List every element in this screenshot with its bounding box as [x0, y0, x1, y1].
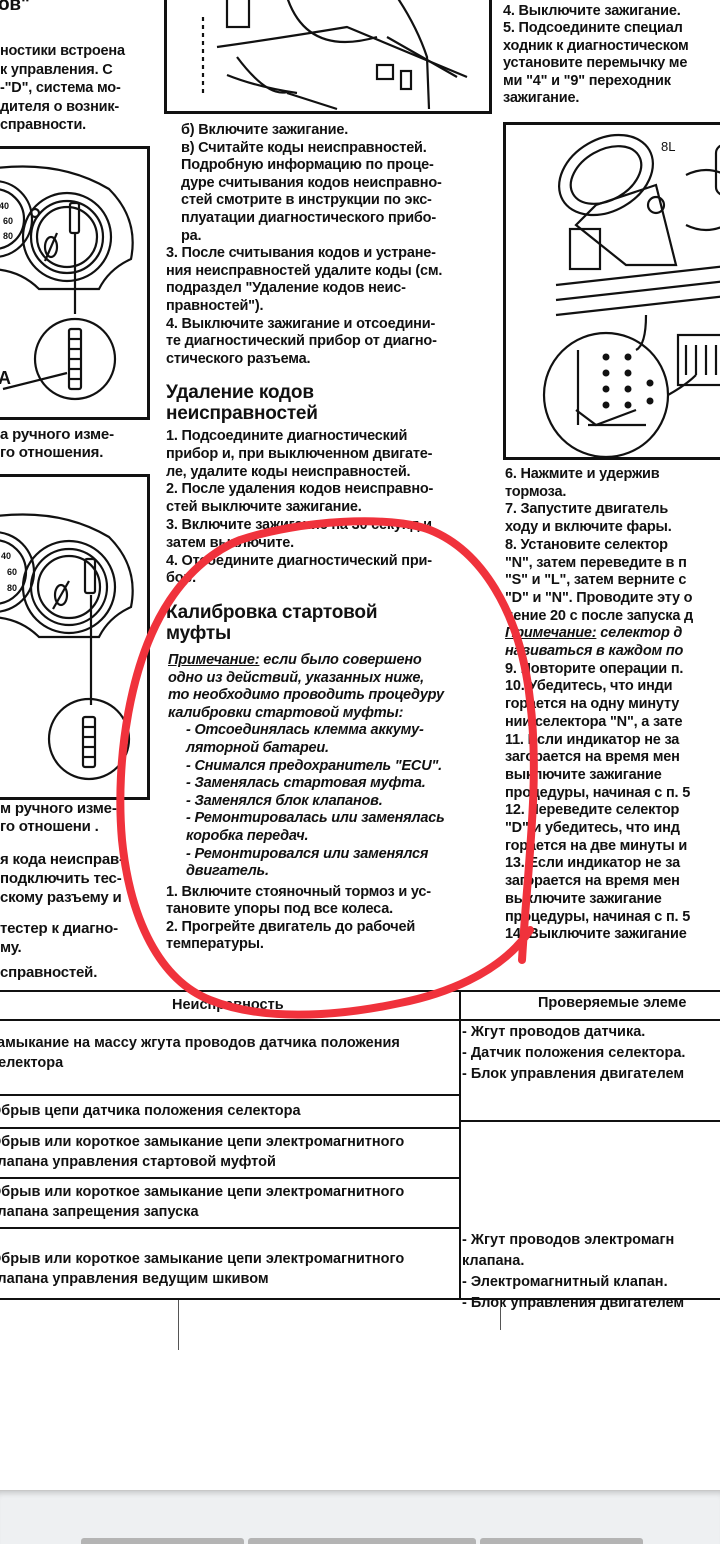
note-line: то необходимо проводить процедуру [168, 687, 444, 705]
bullet-continuation: ляторной батареи. [168, 740, 444, 758]
row-divider [459, 1120, 720, 1122]
text-line: стического разъема. [166, 351, 442, 369]
svg-text:80: 80 [7, 583, 17, 593]
bullet-item: - Ремонтировался или заменялся [168, 846, 444, 864]
note-first-line: Примечание: если было совершено [168, 652, 444, 670]
cell-line: селектора [0, 1053, 400, 1073]
text-line: 8. Установите селектор [505, 537, 693, 555]
text-line: ходу и включите фары. [505, 519, 693, 537]
instrument-cluster-illustration: 406080 [0, 149, 147, 417]
text-line: ния неисправностей удалите коды (см. [166, 263, 442, 281]
text-line: 11. Если индикатор не за [505, 732, 693, 750]
bullet-continuation: коробка передач. [168, 828, 444, 846]
caption-line: го отношения. [0, 444, 114, 462]
note-label: Примечание: [505, 625, 596, 641]
left-top-paragraph: ностики встроена к управления. С -"D", с… [0, 42, 125, 135]
title-line: Удаление кодов [166, 382, 318, 403]
row-divider [0, 1177, 460, 1179]
text-line: загорается на время мен [505, 873, 693, 891]
step-4: 4. Выключите зажигание. [503, 3, 689, 20]
note-line: одно из действий, указанных ниже, [168, 670, 444, 688]
table-row-5-checks: - Жгут проводов электромагн клапана. - Э… [462, 1230, 684, 1314]
title-line: Калибровка стартовой [166, 602, 377, 623]
instrument-cluster-figure-1: 406080 [0, 146, 150, 420]
text-line: дителя о возник- [0, 98, 125, 117]
text-line: горается на одну минуту [505, 696, 693, 714]
right-bottom-steps: 6. Нажмите и удерживтормоза.7. Запустите… [505, 466, 693, 944]
text-line: справности. [0, 116, 125, 135]
erase-codes-steps: 1. Подсоедините диагностический прибор и… [166, 428, 433, 588]
text-line: температуры. [166, 936, 431, 953]
dashboard-connector-figure [164, 0, 492, 114]
caption-line: а ручного изме- [0, 426, 114, 444]
bullet-item: - Заменялся блок клапанов. [168, 793, 444, 811]
cell-line: Обрыв или короткое замыкание цепи электр… [0, 1182, 404, 1202]
calibration-steps: 1. Включите стояночный тормоз и ус- тано… [166, 884, 431, 954]
caption-line: м ручного изме- [0, 800, 117, 818]
table-row-5-fault: Обрыв или короткое замыкание цепи электр… [0, 1249, 404, 1289]
text-line: зажигание. [503, 90, 689, 107]
text-line: ходник к диагностическом [503, 38, 689, 55]
text-line: скому разъему и [0, 888, 124, 907]
nav-segment-center[interactable] [248, 1538, 476, 1544]
table-row-3-fault: Обрыв или короткое замыкание цепи электр… [0, 1132, 404, 1172]
bullet-item: - Отсоединялась клемма аккуму- [168, 722, 444, 740]
check-item: - Блок управления двигателем [462, 1064, 685, 1085]
text-line: процедуры, начиная с п. 5 [505, 785, 693, 803]
table-column-divider [459, 990, 461, 1298]
table-header-checked-items: Проверяемые элеме [538, 993, 686, 1013]
bullet-item: - Снимался предохранитель "ECU". [168, 758, 444, 776]
step-1: 1. Включите стояночный тормоз и ус- [166, 884, 431, 901]
text-line: "D" и убедитесь, что инд [505, 820, 693, 838]
text-line: ми "4" и "9" переходник [503, 73, 689, 90]
text-line: ностики встроена [0, 42, 125, 61]
calibration-note: Примечание: если было совершено одно из … [168, 652, 444, 881]
text-line: плуатации диагностического прибо- [166, 210, 442, 228]
step-2: 2. Прогрейте двигатель до рабочей [166, 919, 431, 936]
text-line: стей смотрите в инструкции по экс- [166, 192, 442, 210]
left-heading-fragment: ов" [0, 0, 30, 15]
text-line: дуре считывания кодов неисправно- [166, 175, 442, 193]
cell-line: замыкание на массу жгута проводов датчик… [0, 1033, 400, 1053]
row-divider [0, 1094, 460, 1096]
text-line: бор. [166, 570, 433, 588]
table-bottom-border [0, 1298, 720, 1300]
text-line: тормоза. [505, 484, 693, 502]
step-5: 5. Подсоедините специал [503, 20, 689, 37]
text-line: прибор и, при выключенном двигате- [166, 446, 433, 464]
text-line: установите перемычку ме [503, 55, 689, 72]
text-line: 14. Выключите зажигание [505, 926, 693, 944]
check-item: - Блок управления двигателем [462, 1293, 684, 1314]
text-line: ле, удалите коды неисправностей. [166, 464, 433, 482]
text-line: 12. Переведите селектор [505, 802, 693, 820]
bottom-navigation-bar [0, 1490, 720, 1544]
title-line: неисправностей [166, 403, 318, 424]
spacer [0, 907, 124, 919]
figure-label: 8L [661, 139, 675, 154]
check-item: - Датчик положения селектора. [462, 1043, 685, 1064]
cell-line: клапана управления стартовой муфтой [0, 1152, 404, 1172]
scanned-document-page[interactable]: ов" ностики встроена к управления. С -"D… [0, 0, 720, 1490]
instrument-cluster-illustration: 406080 [0, 477, 147, 797]
text-line: процедуры, начиная с п. 5 [505, 909, 693, 927]
text-line: "S" и "L", затем верните с [505, 572, 693, 590]
text-line: "N", затем переведите в п [505, 555, 693, 573]
table-header-fault: Неисправность [172, 995, 284, 1015]
text-line: я кода неисправ- [0, 850, 124, 869]
text-line: те диагностический прибор от диагно- [166, 333, 442, 351]
check-item: - Жгут проводов электромагн [462, 1230, 684, 1251]
bullet-item: - Заменялась стартовая муфта. [168, 775, 444, 793]
reading-codes-steps: б) Включите зажигание. в) Считайте коды … [166, 122, 442, 368]
title-line: муфты [166, 623, 377, 644]
text-line: стей выключите зажигание. [166, 499, 433, 517]
table-row-1-fault: замыкание на массу жгута проводов датчик… [0, 1033, 400, 1073]
text-line: навиваться в каждом по [505, 643, 693, 661]
row-divider [0, 1127, 460, 1129]
table-row-1-checks: - Жгут проводов датчика. - Датчик положе… [462, 1022, 685, 1085]
note-line: калибровки стартовой муфты: [168, 705, 444, 723]
text-line: му. [0, 938, 124, 957]
bullet-item: - Ремонтировалась или заменялась [168, 810, 444, 828]
check-item: клапана. [462, 1251, 684, 1272]
text-line: 9. Повторите операции п. [505, 661, 693, 679]
cell-line: клапана запрещения запуска [0, 1202, 404, 1222]
right-top-steps: 4. Выключите зажигание. 5. Подсоедините … [503, 3, 689, 107]
text-line: загорается на время мен [505, 749, 693, 767]
text-line: подраздел "Удаление кодов неис- [166, 280, 442, 298]
text-line: тестер к диагно- [0, 919, 124, 938]
text-line: горается на две минуты и [505, 838, 693, 856]
text-line: 6. Нажмите и удержив [505, 466, 693, 484]
note-text: если было совершено [259, 652, 421, 668]
cell-line: клапана управления ведущим шкивом [0, 1269, 404, 1289]
step-4: 4. Выключите зажигание и отсоедини- [166, 316, 442, 334]
svg-text:60: 60 [7, 567, 17, 577]
table-row-2-fault: Обрыв цепи датчика положения селектора [0, 1101, 301, 1121]
nav-segment-left[interactable] [81, 1538, 244, 1544]
steering-column-connector-figure: 8L [503, 122, 720, 460]
left-paragraph: я кода неисправ- подключить тес- скому р… [0, 850, 124, 957]
text-line: затем выключите. [166, 535, 433, 553]
figure-2-caption: м ручного изме- го отношени . [0, 800, 117, 836]
table-row-4-fault: Обрыв или короткое замыкание цепи электр… [0, 1182, 404, 1222]
text-line: -"D", система мо- [0, 79, 125, 98]
figure-label-a: A [0, 368, 11, 389]
check-item: - Жгут проводов датчика. [462, 1022, 685, 1043]
note-label: Примечание: [168, 652, 259, 668]
text-line: тановите упоры под все колеса. [166, 901, 431, 918]
svg-text:40: 40 [0, 201, 9, 211]
text-line: "D" и "N". Проводите эту о [505, 590, 693, 608]
table-header-border [0, 1019, 720, 1021]
check-item: - Электромагнитный клапан. [462, 1272, 684, 1293]
text-line: ра. [166, 228, 442, 246]
bullet-continuation: двигатель. [168, 863, 444, 881]
step-v: в) Считайте коды неисправностей. [166, 140, 442, 158]
left-subheading-fragment: справностей. [0, 964, 97, 982]
text-line: нии селектора "N", а зате [505, 714, 693, 732]
nav-segment-right[interactable] [480, 1538, 643, 1544]
step-4: 4. Отсоедините диагностический при- [166, 553, 433, 571]
instrument-cluster-figure-2: 406080 [0, 474, 150, 800]
step-3: 3. После считывания кодов и устране- [166, 245, 442, 263]
section-title-erase-codes: Удаление кодов неисправностей [166, 382, 318, 424]
svg-text:80: 80 [3, 231, 13, 241]
text-line: Примечание: селектор д [505, 625, 693, 643]
text-line: чение 20 с после запуска д [505, 608, 693, 626]
text-line: выключите зажигание [505, 767, 693, 785]
step-b: б) Включите зажигание. [166, 122, 442, 140]
cell-line: Обрыв или короткое замыкание цепи электр… [0, 1249, 404, 1269]
steering-wheel-illustration: 8L [506, 125, 720, 457]
text-line: к управления. С [0, 61, 125, 80]
caption-line: го отношени . [0, 818, 117, 836]
row-divider [0, 1227, 460, 1229]
text-line: 10. Убедитесь, что инди [505, 678, 693, 696]
dashboard-illustration [167, 0, 489, 111]
section-title-clutch-calibration: Калибровка стартовой муфты [166, 602, 377, 644]
text-line: правностей"). [166, 298, 442, 316]
table-top-border [0, 990, 720, 992]
note-text: селектор д [596, 625, 682, 641]
svg-text:60: 60 [3, 216, 13, 226]
text-line: выключите зажигание [505, 891, 693, 909]
text-line: 7. Запустите двигатель [505, 501, 693, 519]
faded-divider [178, 1300, 179, 1350]
text-line: 13. Если индикатор не за [505, 855, 693, 873]
text-line: подключить тес- [0, 869, 124, 888]
step-1: 1. Подсоедините диагностический [166, 428, 433, 446]
figure-1-caption: а ручного изме- го отношения. [0, 426, 114, 462]
svg-text:40: 40 [1, 551, 11, 561]
faded-divider [500, 1300, 501, 1330]
step-2: 2. После удаления кодов неисправно- [166, 481, 433, 499]
text-line: Подробную информацию по проце- [166, 157, 442, 175]
step-3: 3. Включите зажигание на 30 секунд и [166, 517, 433, 535]
cell-line: Обрыв или короткое замыкание цепи электр… [0, 1132, 404, 1152]
